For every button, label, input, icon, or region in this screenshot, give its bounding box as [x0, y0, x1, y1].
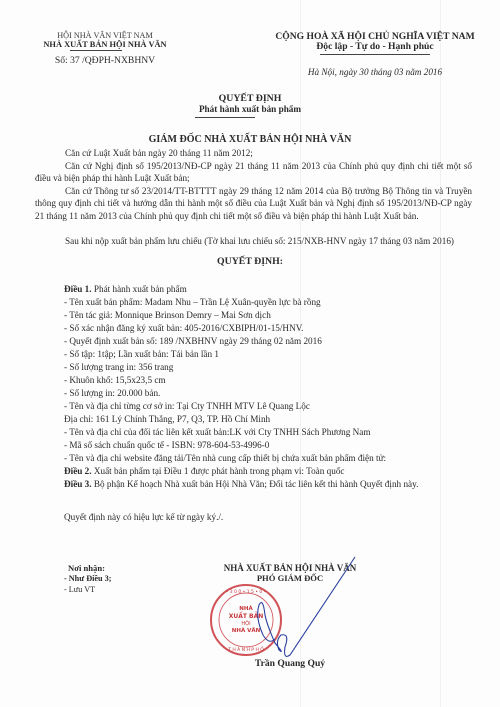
list-item: - Tên và địa chỉ website đăng tải/Tên nh…	[64, 453, 386, 463]
list-item: - Số lượng trang in: 356 trang	[64, 362, 173, 372]
signer-name: Trần Quang Quý	[215, 658, 365, 669]
article-1: Điều 1. Phát hành xuất bản phẩm	[64, 284, 187, 294]
list-item: - Khuôn khổ: 15,5x23,5 cm	[64, 375, 166, 385]
printer-address: Địa chỉ: 161 Lý Chính Thắng, P7, Q3, TP.…	[64, 414, 270, 424]
header-divider-right	[320, 54, 430, 55]
article-2: Điều 2. Xuất bản phẩm tại Điều 1 được ph…	[64, 466, 345, 476]
doc-number: Số: 37 /QĐPH-NXBHNV	[20, 55, 190, 66]
handwritten-signature-icon	[245, 555, 365, 665]
article-3: Điều 3. Bộ phận Kế hoạch Nhà xuất bản Hộ…	[35, 478, 472, 490]
document-title: QUYẾT ĐỊNH	[0, 93, 500, 104]
list-item: - Tên và địa chỉ từng cơ sở in: Tại Cty …	[64, 401, 310, 411]
preamble-paragraph: Căn cứ Luật Xuất bản ngày 20 tháng 11 nă…	[35, 147, 472, 159]
preamble-paragraph: Sau khi nộp xuất bản phẩm lưu chiểu (Tờ …	[35, 235, 472, 247]
preamble-paragraph: Căn cứ Nghị định số 195/2013/NĐ-CP ngày …	[35, 160, 472, 185]
org-parent: HỘI NHÀ VĂN VIỆT NAM	[20, 31, 190, 40]
list-item: - Quyết định xuất bản số: 189 /NXBHNV ng…	[64, 336, 322, 346]
issuing-authority: GIÁM ĐỐC NHÀ XUẤT BẢN HỘI NHÀ VĂN	[0, 134, 500, 145]
header-divider-left	[70, 50, 122, 51]
recipient-item: - Như Điều 3;	[64, 574, 111, 583]
article-label: Điều 1.	[64, 284, 92, 294]
national-motto: Độc lập - Tự do - Hạnh phúc	[240, 41, 500, 52]
recipient-item: - Lưu VT	[64, 585, 95, 594]
article-label: Điều 2.	[64, 466, 92, 476]
document-subject: Phát hành xuất bản phẩm	[0, 104, 500, 114]
list-item: - Tên và địa chỉ của đối tác liên kết xu…	[64, 427, 371, 437]
list-item: - Tên tác giả: Monnique Brinson Demry – …	[64, 310, 271, 320]
title-divider	[195, 117, 255, 118]
list-item: - Tên xuất bản phẩm: Madam Nhu – Trần Lệ…	[64, 297, 321, 307]
article-label: Điều 3.	[64, 479, 92, 489]
preamble-paragraph: Căn cứ Thông tư số 23/2014/TT-BTTTT ngày…	[35, 185, 472, 222]
recipients-title: Nơi nhận:	[68, 563, 105, 573]
list-item: - Số lượng in: 20.000 bản.	[64, 388, 160, 398]
org-name: NHÀ XUẤT BẢN HỘI NHÀ VĂN	[20, 40, 190, 49]
list-item: - Số xác nhận đăng ký xuất bản: 405-2016…	[64, 323, 303, 333]
decision-heading: QUYẾT ĐỊNH:	[0, 256, 500, 267]
effective-clause: Quyết định này có hiệu lực kể từ ngày ký…	[64, 512, 223, 522]
issue-date: Hà Nội, ngày 30 tháng 03 năm 2016	[240, 67, 500, 77]
document-page: HỘI NHÀ VĂN VIỆT NAM NHÀ XUẤT BẢN HỘI NH…	[0, 0, 500, 707]
list-item: - Mã số sách chuẩn quốc tế - ISBN: 978-6…	[64, 440, 269, 450]
list-item: - Số tập: 1tập; Lần xuất bản: Tái bản lầ…	[64, 349, 219, 359]
